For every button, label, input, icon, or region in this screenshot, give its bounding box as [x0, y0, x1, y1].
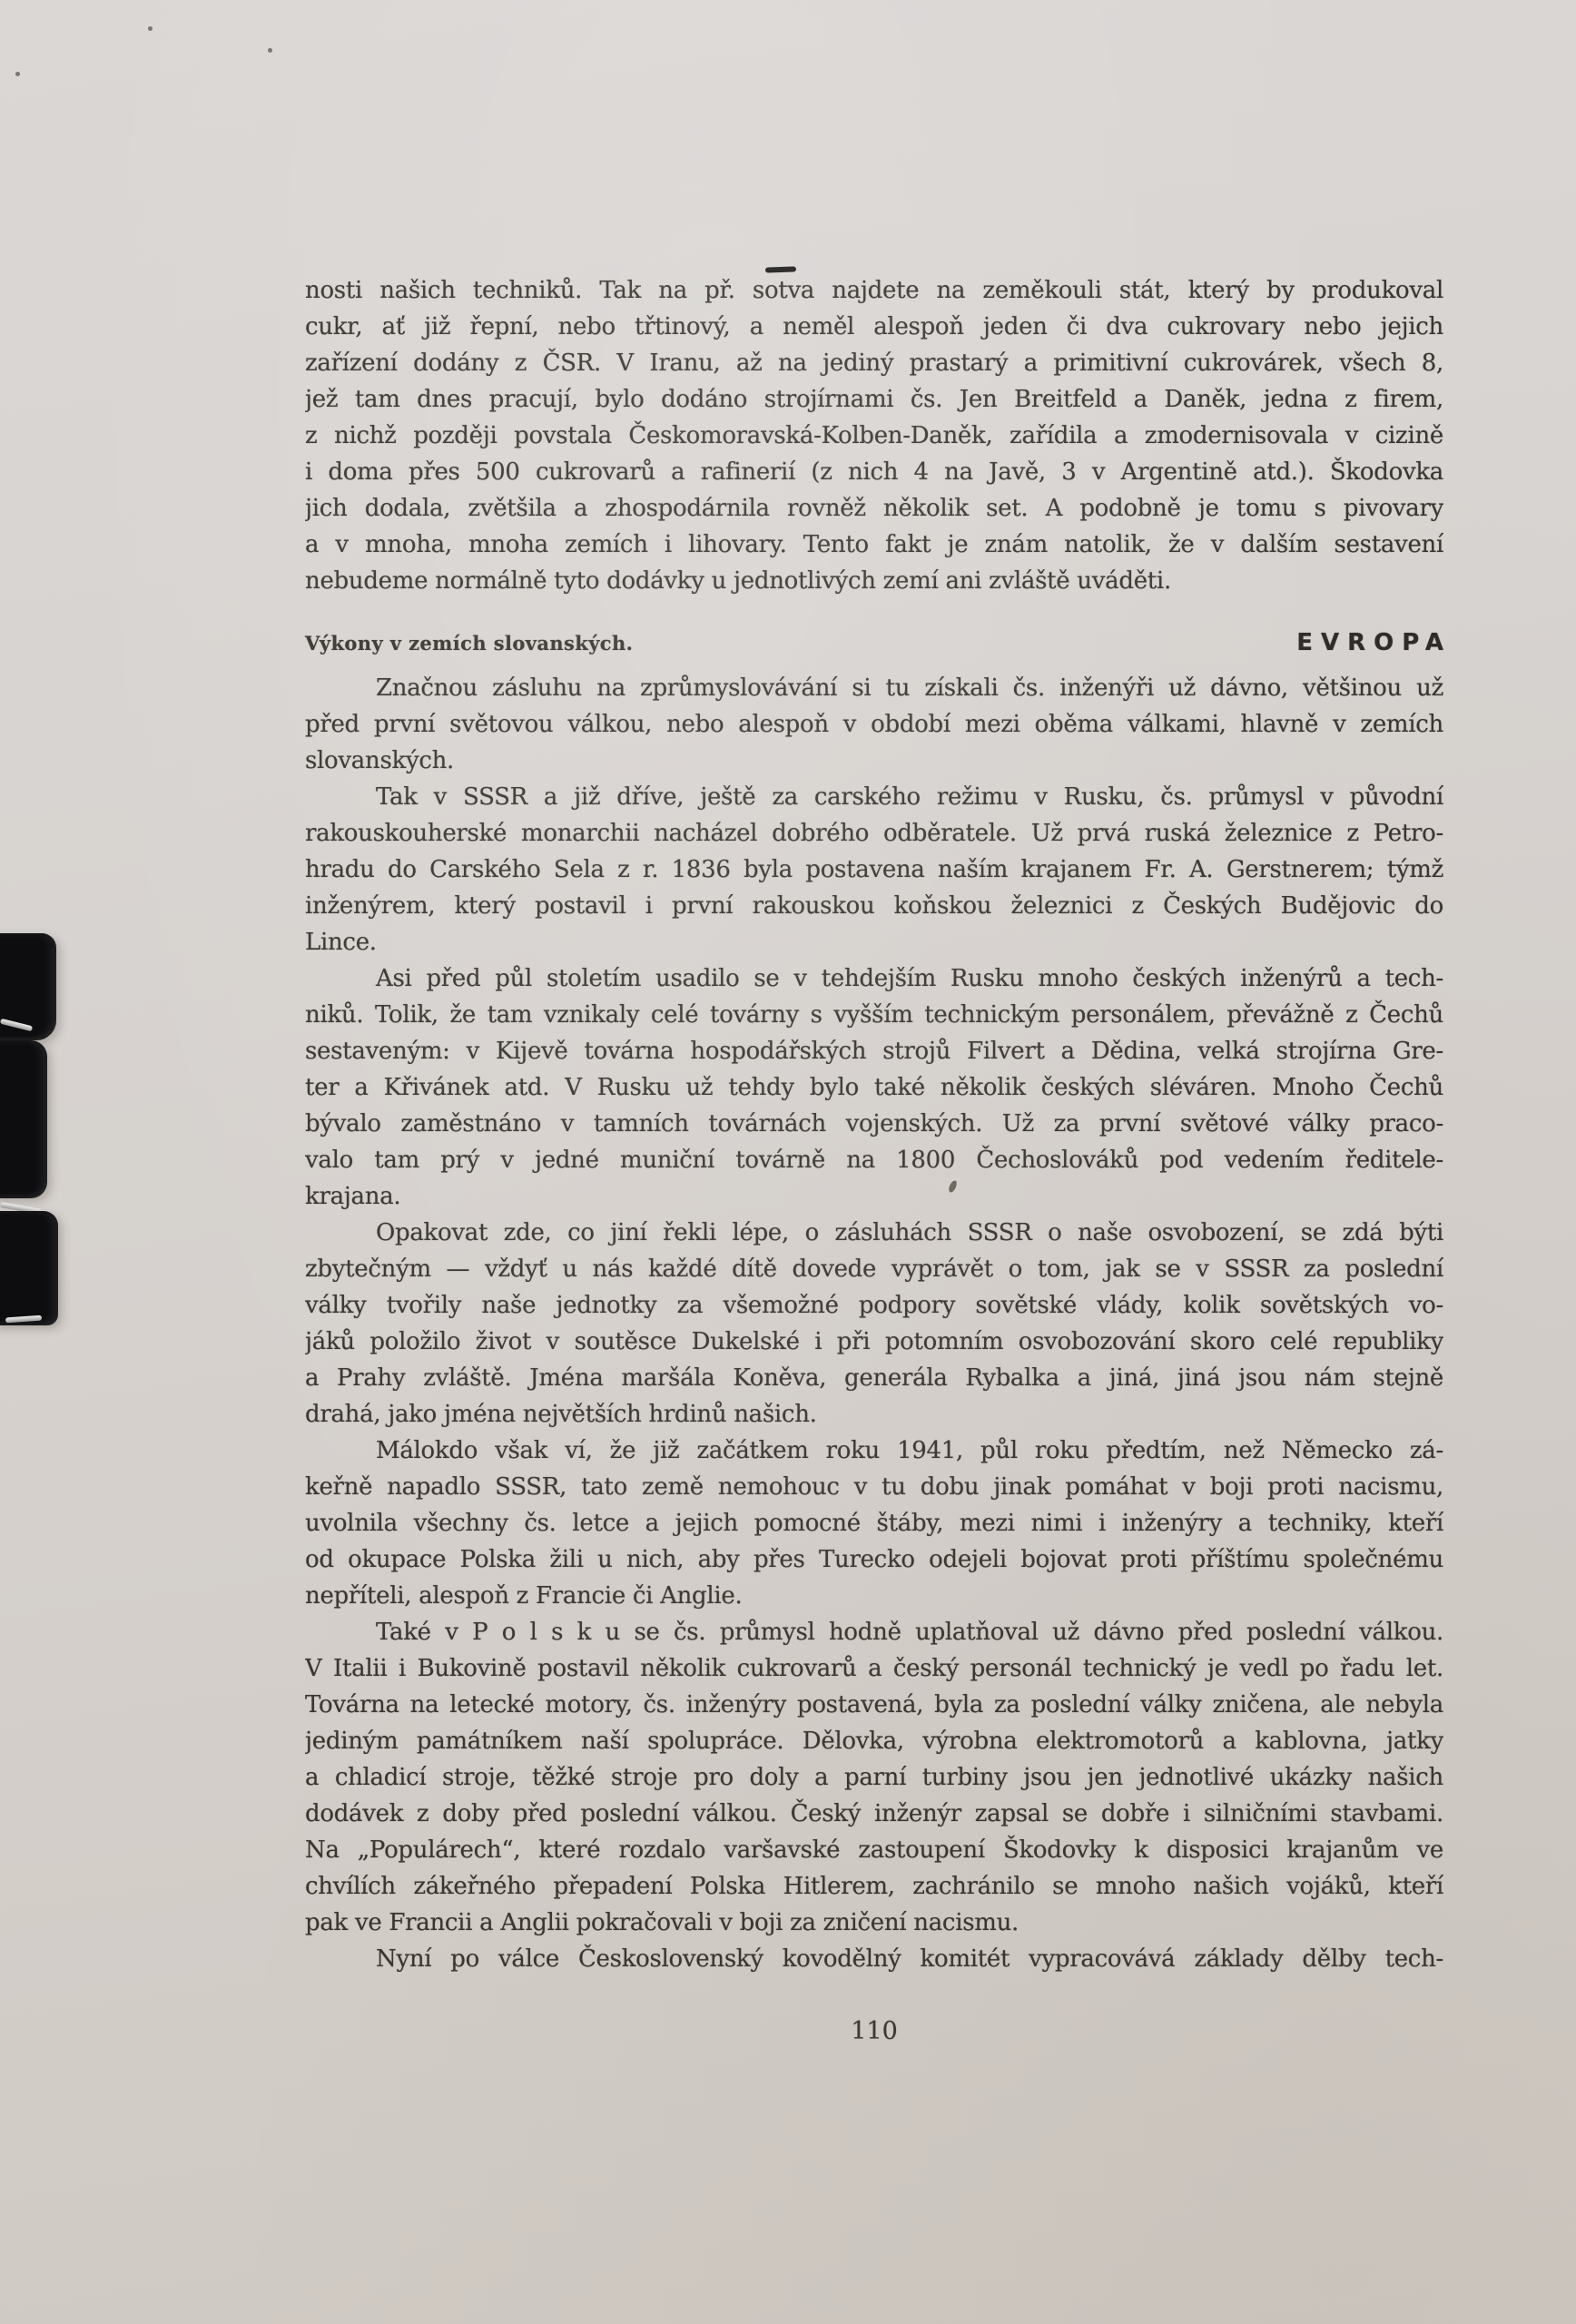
text-line: od okupace Polska žili u nich, aby přes …	[305, 1541, 1443, 1578]
paragraph: Asi před půl stoletím usadilo se v tehde…	[305, 960, 1443, 1215]
text-line: nepříteli, alespoň z Francie či Anglie.	[305, 1578, 1443, 1614]
text-line: Na „Populárech“, které rozdalo varšavské…	[305, 1832, 1443, 1868]
paragraph: Málokdo však ví, že již začátkem roku 19…	[305, 1433, 1443, 1614]
text-line: hradu do Carského Sela z r. 1836 byla po…	[305, 852, 1443, 888]
text-line: a chladicí stroje, těžké stroje pro doly…	[305, 1759, 1443, 1796]
text-line: dodávek z doby před poslední válkou. Čes…	[305, 1796, 1443, 1832]
text-line: Lince.	[305, 924, 1443, 960]
binder-clip	[0, 928, 67, 1332]
text-line: před první světovou válkou, nebo alespoň…	[305, 706, 1443, 743]
text-line: zbytečným — vždyť u nás každé dítě doved…	[305, 1251, 1443, 1287]
scan-speck	[148, 26, 153, 31]
text-line: jediným památníkem naší spolupráce. Dělo…	[305, 1723, 1443, 1759]
section-runhead: Výkony v zemích slovanských.EVROPA	[305, 625, 1443, 661]
scanned-book-page: nosti našich techniků. Tak na př. sotva …	[0, 0, 1576, 2324]
text-line: z nichž později povstala Českomoravská-K…	[305, 418, 1443, 454]
text-line: války tvořily naše jednotky za všemožné …	[305, 1287, 1443, 1324]
text-line: Nyní po válce Československý kovodělný k…	[305, 1941, 1443, 1977]
text-line: uvolnila všechny čs. letce a jejich pomo…	[305, 1505, 1443, 1541]
text-line: zařízení dodány z ČSR. V Iranu, až na je…	[305, 345, 1443, 381]
runhead-left-label: Výkony v zemích slovanských.	[305, 625, 633, 662]
text-line: keřně napadlo SSSR, tato země nemohouc v…	[305, 1469, 1443, 1505]
text-line: chvílích zákeřného přepadení Polska Hitl…	[305, 1868, 1443, 1905]
text-line: ter a Křivánek atd. V Rusku už tehdy byl…	[305, 1069, 1443, 1106]
text-line: i doma přes 500 cukrovarů a rafinerií (z…	[305, 454, 1443, 490]
text-line: valo tam prý v jedné muniční továrně na …	[305, 1142, 1443, 1178]
text-line: V Italii i Bukovině postavil několik cuk…	[305, 1650, 1443, 1687]
scan-speck	[268, 48, 272, 53]
paragraph: Opakovat zde, co jiní řekli lépe, o zásl…	[305, 1215, 1443, 1433]
text-line: jež tam dnes pracují, bylo dodáno strojí…	[305, 381, 1443, 418]
binder-clip-middle-segment	[0, 1040, 47, 1198]
text-line: Tak v SSSR a již dříve, ještě za carskéh…	[305, 779, 1443, 815]
text-line: a Prahy zvláště. Jména maršála Koněva, g…	[305, 1360, 1443, 1396]
text-line: sestaveným: v Kijevě továrna hospodářský…	[305, 1033, 1443, 1069]
text-line: cukr, ať již řepní, nebo třtinový, a nem…	[305, 309, 1443, 345]
text-line: Asi před půl stoletím usadilo se v tehde…	[305, 960, 1443, 997]
paragraph: nosti našich techniků. Tak na př. sotva …	[305, 272, 1443, 599]
text-line: Také v P o l s k u se čs. průmysl hodně …	[305, 1614, 1443, 1650]
text-line: pak ve Francii a Anglii pokračovali v bo…	[305, 1905, 1443, 1941]
text-line: rakouskouherské monarchii nacházel dobré…	[305, 815, 1443, 852]
text-line: nebudeme normálně tyto dodávky u jednotl…	[305, 563, 1443, 599]
page-number: 110	[305, 2017, 1443, 2045]
text-line: inženýrem, který postavil i první rakous…	[305, 888, 1443, 924]
text-line: Málokdo však ví, že již začátkem roku 19…	[305, 1433, 1443, 1469]
runhead-right-label: EVROPA	[1296, 625, 1452, 661]
text-line: Značnou zásluhu na zprůmyslovávání si tu…	[305, 670, 1443, 706]
scan-speck	[15, 72, 20, 76]
text-line: drahá, jako jména největších hrdinů naši…	[305, 1396, 1443, 1433]
paragraph: Také v P o l s k u se čs. průmysl hodně …	[305, 1614, 1443, 1941]
text-column: nosti našich techniků. Tak na př. sotva …	[305, 272, 1443, 1977]
paragraph: Tak v SSSR a již dříve, ještě za carskéh…	[305, 779, 1443, 960]
text-line: krajana.	[305, 1178, 1443, 1215]
text-line: jáků položilo život v soutěsce Dukelské …	[305, 1324, 1443, 1360]
text-line: a v mnoha, mnoha zemích i lihovary. Tent…	[305, 527, 1443, 563]
text-line: nosti našich techniků. Tak na př. sotva …	[305, 272, 1443, 309]
paragraph: Nyní po válce Československý kovodělný k…	[305, 1941, 1443, 1977]
text-line: niků. Tolik, že tam vznikaly celé továrn…	[305, 997, 1443, 1033]
text-line: jich dodala, zvětšila a zhospodárnila ro…	[305, 490, 1443, 527]
text-line: slovanských.	[305, 743, 1443, 779]
binder-clip-bottom-segment	[0, 1211, 58, 1325]
paragraph: Značnou zásluhu na zprůmyslovávání si tu…	[305, 670, 1443, 779]
text-line: Opakovat zde, co jiní řekli lépe, o zásl…	[305, 1215, 1443, 1251]
text-line: Továrna na letecké motory, čs. inženýry …	[305, 1687, 1443, 1723]
text-line: bývalo zaměstnáno v tamních továrnách vo…	[305, 1106, 1443, 1142]
